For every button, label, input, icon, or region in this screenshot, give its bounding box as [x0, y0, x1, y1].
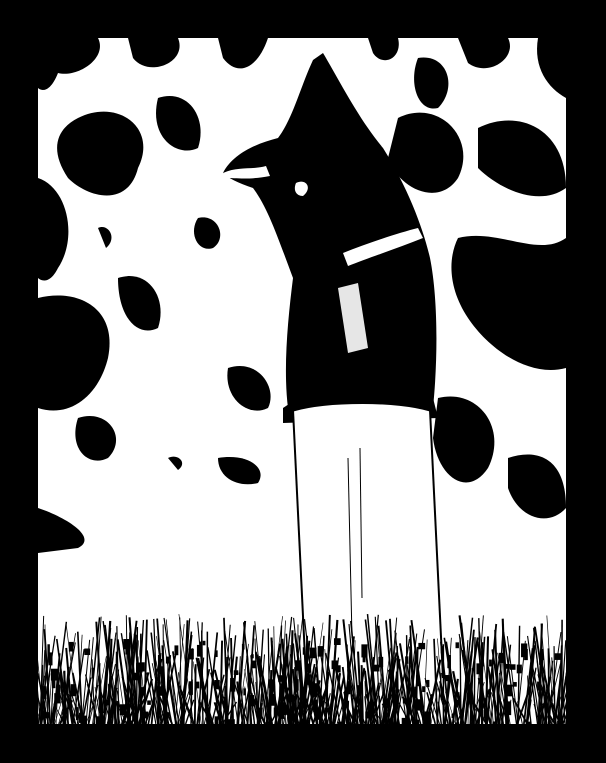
photo-frame — [0, 0, 606, 763]
photo — [38, 38, 566, 724]
photo-canvas — [38, 38, 566, 724]
grass — [38, 614, 566, 724]
